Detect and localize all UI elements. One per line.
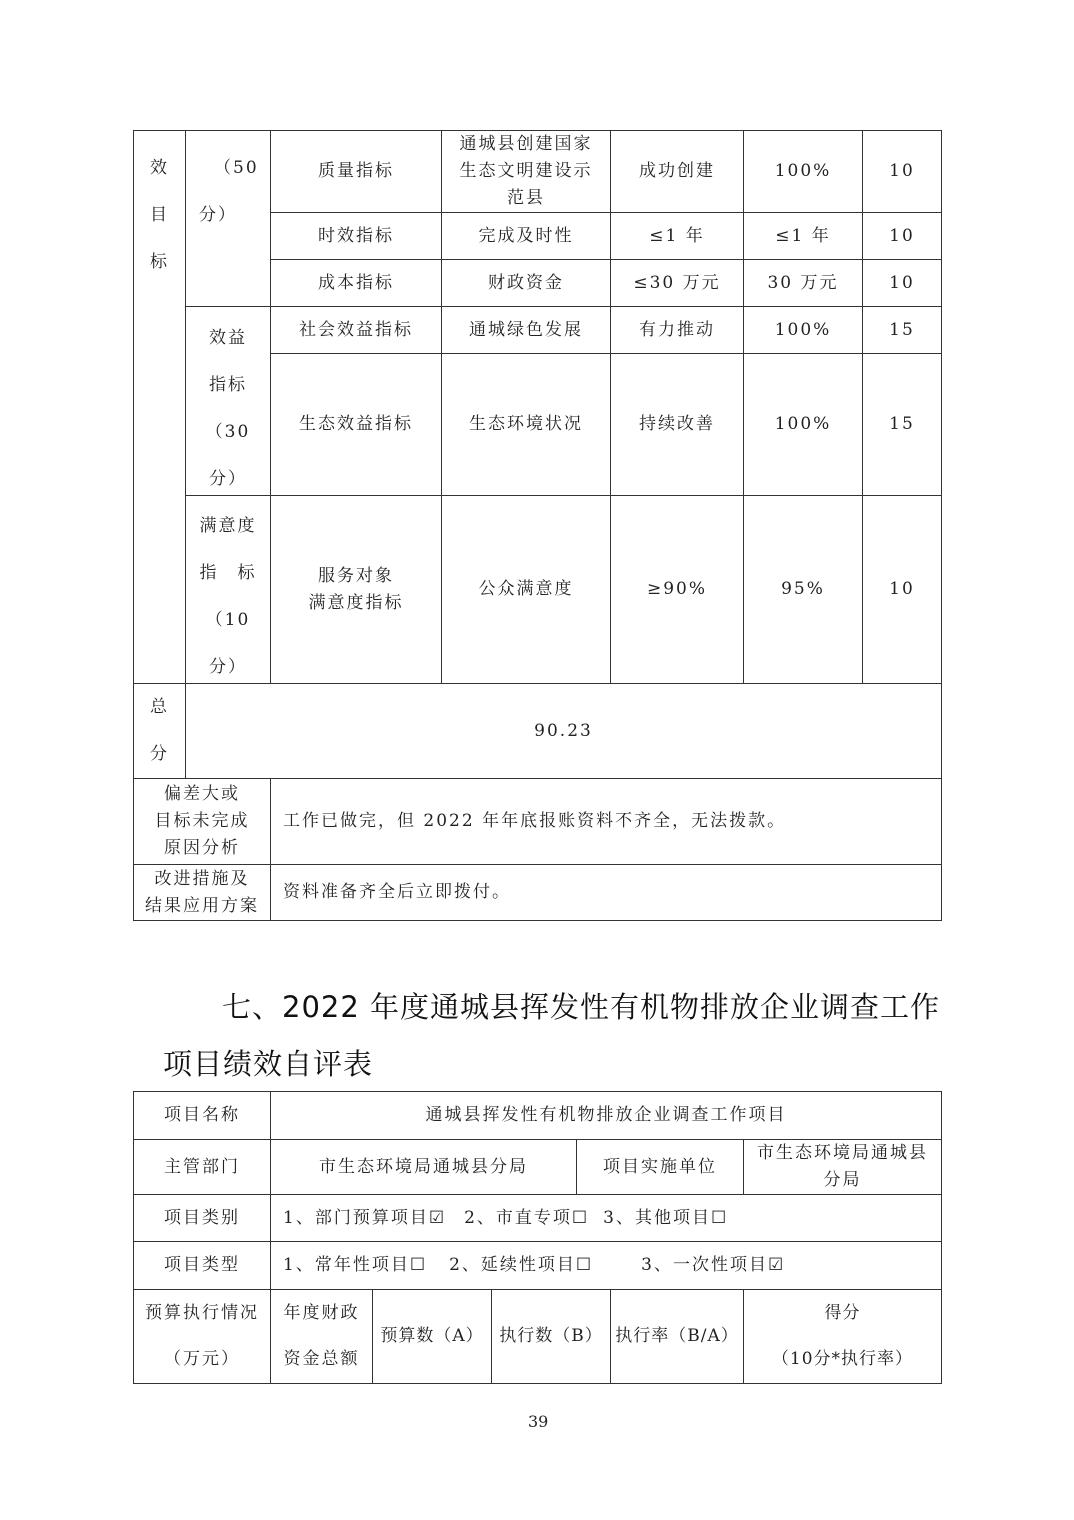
checkbox-checked-icon[interactable]: ☑ [429,1205,446,1232]
table-border-bottom [133,1383,942,1384]
impl-line: 分局 [824,1167,862,1194]
type-option-one-time[interactable]: 3、一次性项目☑ [641,1252,785,1279]
metric-cell: 社会效益指标 [271,307,441,353]
metric-cell: 服务对象 满意度指标 [271,496,441,683]
group-label-line: 效益 [209,315,247,362]
score-cell: 15 [863,307,941,353]
option-label: 2、延续性项目 [449,1255,576,1275]
department-label: 主管部门 [134,1140,270,1194]
option-label: 2、市直专项 [464,1208,572,1228]
metric-cell: 生态效益指标 [271,354,441,495]
group-label-line: 满意度 [200,503,257,550]
group-label-line: （50 [214,145,259,192]
side-label-char: 目 [150,192,169,239]
actual-cell: 100% [744,131,862,212]
type-option-continuing[interactable]: 2、延续性项目☐ [449,1252,593,1279]
group-label-line: 分） [199,192,237,239]
label-line: 原因分析 [164,835,240,862]
label-line: 预算执行情况 [145,1300,259,1327]
group-label-line: 分） [209,456,247,503]
category-option-dept-budget[interactable]: 1、部门预算项目☑ [283,1205,446,1232]
type-option-recurring[interactable]: 1、常年性项目☐ [283,1252,427,1279]
label-line: （10分*执行率） [772,1346,913,1373]
checkbox-empty-icon[interactable]: ☐ [410,1252,427,1279]
department-value: 市生态环境局通城县分局 [271,1140,576,1194]
side-label: 效 目 标 [134,145,185,275]
score-cell: 10 [863,131,941,212]
option-label: 1、常年性项目 [283,1255,410,1275]
group-label-line: 指标 [209,362,247,409]
indicator-cell: 通城县创建国家 生态文明建设示 范县 [442,131,610,212]
indicator-cell: 公众满意度 [442,496,610,683]
table-border-right [941,1091,942,1384]
indicator-line: 通城县创建国家 [460,131,593,158]
actual-cell: 30 万元 [744,260,862,306]
indicator-cell: 生态环境状况 [442,354,610,495]
type-label: 项目类型 [134,1242,270,1289]
category-options: 1、部门预算项目☑ 2、市直专项☐ 3、其他项目☐ [271,1195,941,1241]
indicator-cell: 完成及时性 [442,213,610,259]
target-cell: 持续改善 [611,354,743,495]
page-number: 39 [528,1412,548,1431]
score-cell: 10 [863,213,941,259]
checkbox-checked-icon[interactable]: ☑ [768,1252,785,1279]
deviation-label: 偏差大或 目标未完成 原因分析 [134,779,270,864]
target-cell: ≤1 年 [611,213,743,259]
total-label-char: 总 [150,694,169,721]
label-line: 目标未完成 [155,808,250,835]
project-name-label: 项目名称 [134,1092,270,1139]
total-label-char: 分 [150,741,169,768]
option-label: 3、其他项目 [603,1208,711,1228]
total-label: 总 分 [134,684,185,778]
project-name-value: 通城县挥发性有机物排放企业调查工作项目 [271,1092,941,1139]
impl-line: 市生态环境局通城县 [757,1140,928,1167]
target-cell: ≥90% [611,496,743,683]
metric-cell: 质量指标 [271,131,441,212]
actual-cell: ≤1 年 [744,213,862,259]
total-score-value: 90.23 [186,684,941,778]
label-line: 改进措施及 [155,866,250,893]
section-title-line2: 项目绩效自评表 [163,1042,373,1083]
target-cell: 有力推动 [611,307,743,353]
group-label-line: （10 [206,597,251,644]
category-option-other[interactable]: 3、其他项目☐ [603,1205,728,1232]
implementing-unit-value: 市生态环境局通城县 分局 [744,1140,941,1194]
indicator-cell: 通城绿色发展 [442,307,610,353]
checkbox-empty-icon[interactable]: ☐ [711,1205,728,1232]
side-label-char: 标 [150,239,169,286]
category-option-city-special[interactable]: 2、市直专项☐ [464,1205,589,1232]
group-label-line: 指 标 [200,550,257,597]
metric-cell: 时效指标 [271,213,441,259]
improvement-label: 改进措施及 结果应用方案 [134,865,270,920]
table-border-right [941,130,942,921]
checkbox-empty-icon[interactable]: ☐ [576,1252,593,1279]
metric-line: 满意度指标 [309,590,404,617]
label-line: 偏差大或 [164,781,240,808]
option-label: 1、部门预算项目 [283,1208,429,1228]
indicator-line: 生态文明建设示 [460,158,593,185]
exec-b-header: 执行数（B） [492,1290,610,1383]
label-line: 结果应用方案 [145,893,259,920]
indicator-line: 范县 [507,185,545,212]
output-group-label: （50 分） [186,145,270,225]
metric-line: 服务对象 [318,563,394,590]
table-border-bottom [133,920,942,921]
section-title-line1: 七、2022 年度通城县挥发性有机物排放企业调查工作 [222,985,940,1026]
target-cell: ≤30 万元 [611,260,743,306]
target-cell: 成功创建 [611,131,743,212]
category-label: 项目类别 [134,1195,270,1241]
label-line: （万元） [164,1346,240,1373]
deviation-text: 工作已做完，但 2022 年年底报账资料不齐全，无法拨款。 [271,779,941,864]
budget-exec-label: 预算执行情况 （万元） [134,1290,270,1383]
actual-cell: 100% [744,307,862,353]
implementing-unit-label: 项目实施单位 [577,1140,743,1194]
metric-cell: 成本指标 [271,260,441,306]
checkbox-empty-icon[interactable]: ☐ [572,1205,589,1232]
option-label: 3、一次性项目 [641,1255,768,1275]
side-label-char: 效 [150,145,169,192]
budget-a-header: 预算数（A） [373,1290,491,1383]
type-options: 1、常年性项目☐ 2、延续性项目☐ 3、一次性项目☑ [271,1242,941,1289]
label-line: 得分 [825,1300,861,1327]
benefit-group-label: 效益 指标 （30 分） [186,315,270,495]
label-line: 资金总额 [284,1346,360,1373]
satisfaction-group-label: 满意度 指 标 （10 分） [186,503,270,683]
score-header: 得分 （10分*执行率） [744,1290,941,1383]
score-cell: 10 [863,496,941,683]
score-cell: 10 [863,260,941,306]
indicator-cell: 财政资金 [442,260,610,306]
score-cell: 15 [863,354,941,495]
actual-cell: 100% [744,354,862,495]
label-line: 年度财政 [284,1300,360,1327]
exec-rate-header: 执行率（B/A） [611,1290,743,1383]
improvement-text: 资料准备齐全后立即拨付。 [271,865,941,920]
group-label-line: （30 [206,409,251,456]
annual-funds-header: 年度财政 资金总额 [271,1290,372,1383]
actual-cell: 95% [744,496,862,683]
